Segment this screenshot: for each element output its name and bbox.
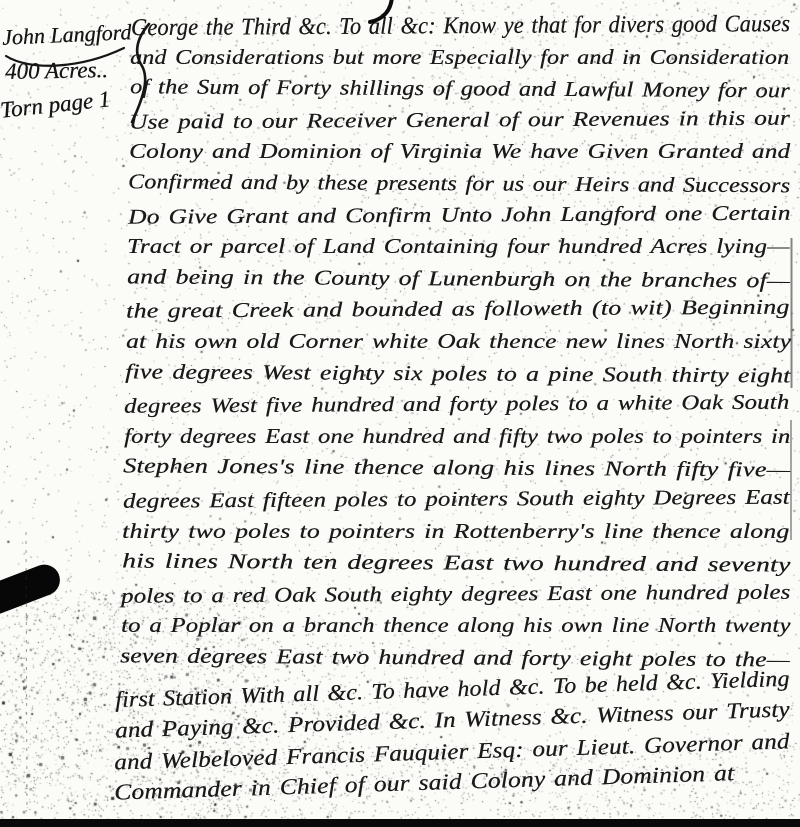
manuscript-line-text: poles to a red Oak South eighty degrees … <box>121 579 790 608</box>
manuscript-line: Tract or parcel of Land Containing four … <box>127 234 686 259</box>
manuscript-line: George the Third &c. To all &c: Know ye … <box>131 11 800 42</box>
manuscript-line: forty degrees East one hundred and fifty… <box>124 424 698 449</box>
manuscript-line: poles to a red Oak South eighty degrees … <box>121 580 692 608</box>
manuscript-line: Use paid to our Receiver General of our … <box>129 106 679 134</box>
manuscript-line-text: Stephen Jones's line thence along his li… <box>123 454 790 483</box>
manuscript-line: five degrees West eighty six poles to a … <box>125 359 669 387</box>
manuscript-page: John Langford 400 Acres.. Torn page 1 Ge… <box>0 0 800 827</box>
manuscript-line-text: and Considerations but more Especially f… <box>130 45 789 70</box>
manuscript-line: and Considerations but more Especially f… <box>130 45 710 70</box>
manuscript-line: his lines North ten degrees East two hun… <box>122 549 632 577</box>
manuscript-line-text: to a Poplar on a branch thence along his… <box>121 613 790 638</box>
manuscript-line-text: forty degrees East one hundred and fifty… <box>124 424 790 449</box>
manuscript-line: thirty two poles to pointers in Rottenbe… <box>122 519 669 544</box>
manuscript-line: Confirmed and by these presents for us o… <box>128 169 709 198</box>
manuscript-line-text: Tract or parcel of Land Containing four … <box>127 234 789 259</box>
manuscript-line-text: Confirmed and by these presents for us o… <box>128 169 790 198</box>
manuscript-line: Do Give Grant and Confirm Unto John Lang… <box>128 201 676 229</box>
manuscript-line: and being in the County of Lunenburgh on… <box>127 264 669 292</box>
manuscript-line: Colony and Dominion of Virginia We have … <box>129 139 682 164</box>
manuscript-line-text: degrees West five hundred and forty pole… <box>124 390 789 419</box>
manuscript-line: at his own old Corner white Oak thence n… <box>126 329 677 354</box>
scan-bottom-edge-bar <box>0 819 800 827</box>
patent-body-text: George the Third &c. To all &c: Know ye … <box>0 0 800 827</box>
manuscript-line: degrees East fifteen poles to pointers S… <box>123 485 691 513</box>
manuscript-line-text: and being in the County of Lunenburgh on… <box>127 264 790 293</box>
manuscript-line-text: Do Give Grant and Confirm Unto John Lang… <box>128 200 791 229</box>
manuscript-line-text: the great Creek and bounded as followeth… <box>126 295 790 324</box>
manuscript-line: of the Sum of Forty shillings of good an… <box>130 74 701 102</box>
manuscript-line-text: five degrees West eighty six poles to a … <box>125 359 791 388</box>
manuscript-line: Stephen Jones's line thence along his li… <box>123 454 657 482</box>
manuscript-line-text: at his own old Corner white Oak thence n… <box>126 329 791 354</box>
manuscript-line: degrees West five hundred and forty pole… <box>124 390 690 418</box>
manuscript-line-text: his lines North ten degrees East two hun… <box>122 549 790 578</box>
manuscript-line: to a Poplar on a branch thence along his… <box>121 613 694 638</box>
manuscript-line-text: of the Sum of Forty shillings of good an… <box>130 74 790 103</box>
manuscript-line: the great Creek and bounded as followeth… <box>126 296 665 324</box>
manuscript-line-text: degrees East fifteen poles to pointers S… <box>123 485 790 514</box>
manuscript-line-text: George the Third &c. To all &c: Know ye … <box>131 11 790 42</box>
manuscript-line-text: thirty two poles to pointers in Rottenbe… <box>122 519 789 544</box>
manuscript-line-text: Colony and Dominion of Virginia We have … <box>129 139 790 164</box>
manuscript-line: seven degrees East two hundred and forty… <box>120 643 671 671</box>
manuscript-line-text: Use paid to our Receiver General of our … <box>129 105 790 134</box>
